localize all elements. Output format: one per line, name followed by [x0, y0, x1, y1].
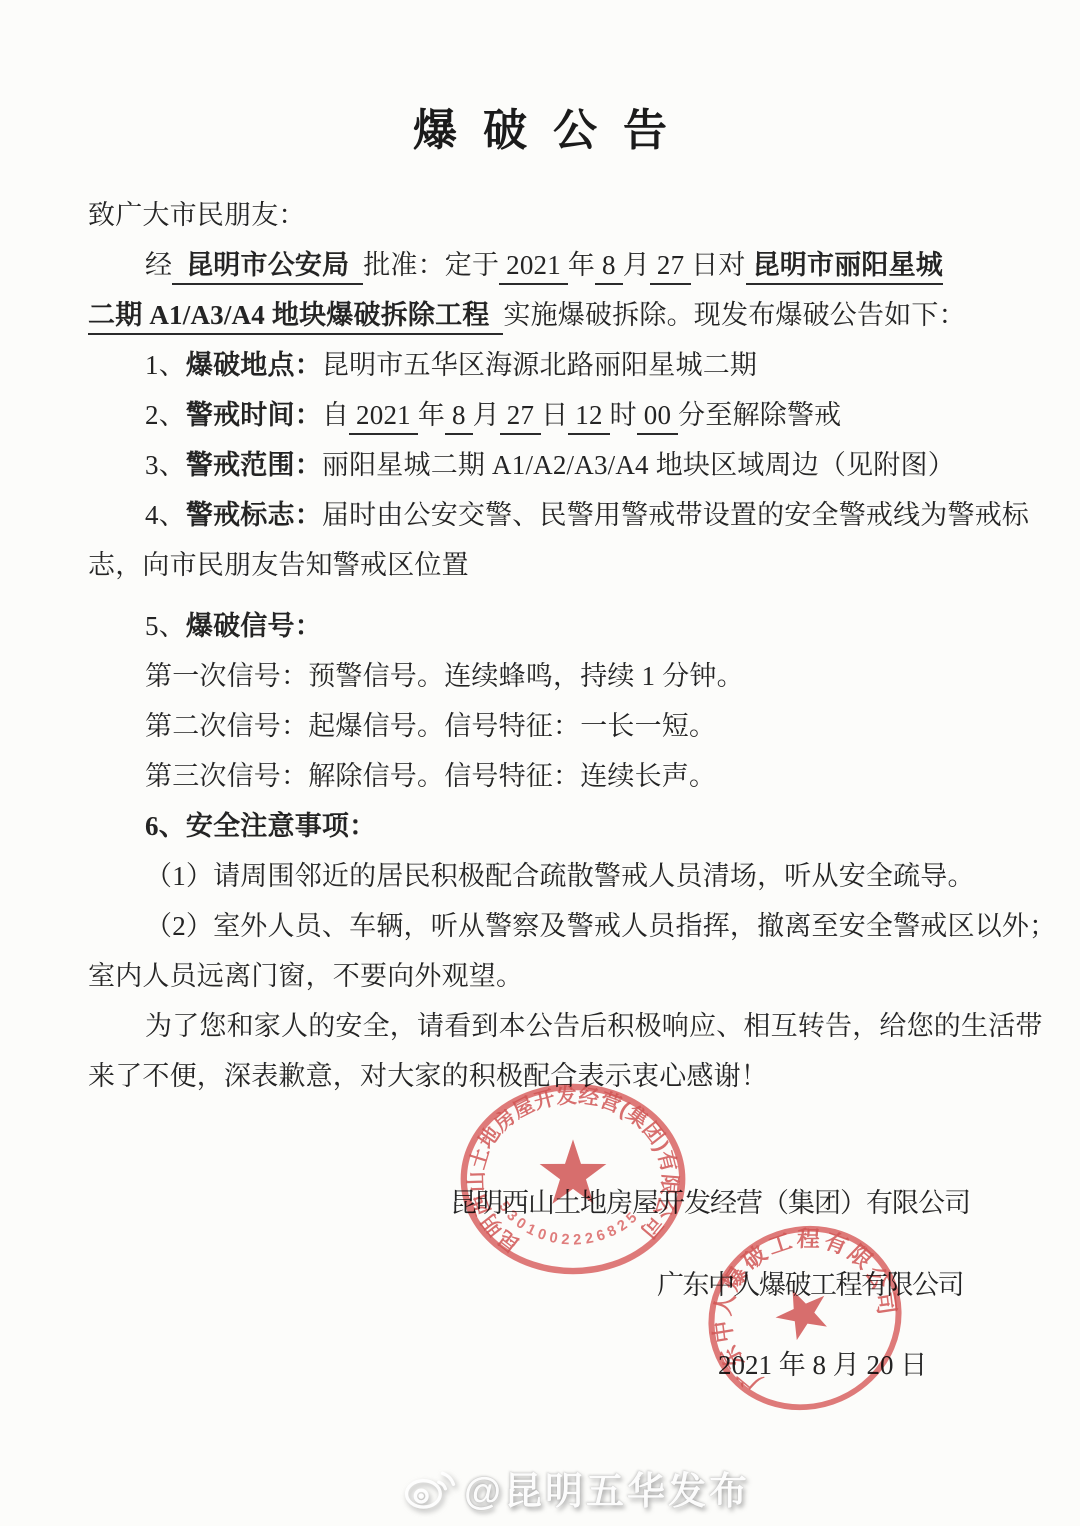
text-segment: 经	[145, 250, 172, 280]
text-segment: 1、	[145, 350, 186, 380]
text-segment: 志，向市民朋友告知警戒区位置	[88, 550, 469, 580]
signal-3: 第三次信号：解除信号。信号特征：连续长声。	[88, 751, 1004, 801]
text-segment: 时	[610, 400, 637, 430]
text-segment: 月	[473, 400, 500, 430]
text-segment: 5、	[145, 611, 186, 641]
text-segment: 月	[623, 250, 650, 280]
text-segment: 爆破信号：	[186, 611, 322, 641]
text-segment: 二期 A1/A3/A4 地块爆破拆除工程	[88, 300, 503, 335]
item-5-blast-signals: 5、爆破信号：	[88, 601, 1004, 651]
text-segment: 分至解除警戒	[678, 400, 841, 430]
text-segment: 爆破地点：	[186, 350, 322, 380]
text-segment: 自	[322, 400, 349, 430]
item-2-alert-time: 2、警戒时间：自 2021 年 8 月 27 日 12 时 00 分至解除警戒	[88, 390, 1004, 440]
text-segment: 27	[500, 400, 541, 435]
blasting-notice-document: 爆破公告 致广大市民朋友：经 昆明市公安局 批准：定于 2021 年 8 月 2…	[0, 0, 1080, 1526]
item-4-alert-sign-line-2: 志，向市民朋友告知警戒区位置	[88, 540, 1004, 590]
text-segment: （1）请周围邻近的居民积极配合疏散警戒人员清场，听从安全疏导。	[145, 861, 975, 891]
company-seal-kunming-xishan: 昆明西山土地房屋开发经营(集团)有限公司 5301002226825	[456, 1080, 690, 1278]
text-segment: 安全注意事项：	[186, 811, 376, 841]
signal-1: 第一次信号：预警信号。连续蜂鸣，持续 1 分钟。	[88, 651, 1004, 701]
note-2-line-2: 室内人员远离门窗，不要向外观望。	[88, 951, 1004, 1001]
item-4-alert-sign-line-1: 4、警戒标志：届时由公安交警、民警用警戒带设置的安全警戒线为警戒标	[88, 490, 1004, 540]
item-6-safety-notes: 6、安全注意事项：	[88, 801, 1004, 851]
company-seal-guangdong-zhongren: 广东中人爆破工程有限公司	[672, 1188, 938, 1447]
text-segment: 批准：定于	[363, 250, 499, 280]
text-segment: 8	[595, 250, 623, 285]
star-icon	[768, 1279, 836, 1344]
intro-line-1: 经 昆明市公安局 批准：定于 2021 年 8 月 27 日对 昆明市丽阳星城	[88, 240, 1004, 290]
weibo-watermark: @昆明五华发布	[404, 1460, 750, 1515]
text-segment: 届时由公安交警、民警用警戒带设置的安全警戒线为警戒标	[322, 500, 1029, 530]
text-segment: 6、	[145, 811, 186, 841]
text-segment: 昆明市丽阳星城	[746, 250, 943, 285]
text-segment: 警戒范围：	[186, 450, 322, 480]
text-segment: 室内人员远离门窗，不要向外观望。	[88, 961, 523, 991]
item-1-blast-location: 1、爆破地点：昆明市五华区海源北路丽阳星城二期	[88, 340, 1004, 390]
salutation: 致广大市民朋友：	[88, 190, 1004, 240]
text-segment: 3、	[145, 450, 186, 480]
text-segment: 8	[445, 400, 473, 435]
text-segment: （2）室外人员、车辆，听从警察及警戒人员指挥，撤离至安全警戒区以外；	[145, 911, 1056, 941]
note-1: （1）请周围邻近的居民积极配合疏散警戒人员清场，听从安全疏导。	[88, 851, 1004, 901]
watermark-text: @昆明五华发布	[464, 1460, 750, 1515]
text-segment: 年	[568, 250, 595, 280]
intro-line-2: 二期 A1/A3/A4 地块爆破拆除工程 实施爆破拆除。现发布爆破公告如下：	[88, 290, 1004, 340]
text-segment: 第三次信号：解除信号。信号特征：连续长声。	[145, 761, 716, 791]
note-2-line-1: （2）室外人员、车辆，听从警察及警戒人员指挥，撤离至安全警戒区以外；	[88, 901, 1004, 951]
text-segment: 年	[418, 400, 445, 430]
signal-2: 第二次信号：起爆信号。信号特征：一长一短。	[88, 701, 1004, 751]
text-segment: 丽阳星城二期 A1/A2/A3/A4 地块区域周边（见附图）	[322, 450, 955, 480]
page-title: 爆破公告	[0, 94, 1080, 158]
closing-line-1: 为了您和家人的安全，请看到本公告后积极响应、相互转告，给您的生活带	[88, 1001, 1004, 1051]
text-segment: 2021	[499, 250, 568, 285]
text-segment: 2、	[145, 400, 186, 430]
star-icon	[540, 1139, 607, 1203]
text-segment: 警戒时间：	[186, 400, 322, 430]
text-segment: 第一次信号：预警信号。连续蜂鸣，持续 1 分钟。	[145, 661, 744, 691]
text-segment: 实施爆破拆除。现发布爆破公告如下：	[503, 300, 965, 330]
text-segment: 2021	[349, 400, 418, 435]
document-body: 致广大市民朋友：经 昆明市公安局 批准：定于 2021 年 8 月 27 日对 …	[88, 190, 1004, 1101]
text-segment: 4、	[145, 500, 186, 530]
text-segment: 昆明市五华区海源北路丽阳星城二期	[322, 350, 757, 380]
text-segment: 为了您和家人的安全，请看到本公告后积极响应、相互转告，给您的生活带	[145, 1011, 1043, 1041]
text-segment: 00	[637, 400, 678, 435]
text-segment: 致广大市民朋友：	[88, 200, 306, 230]
text-segment: 昆明市公安局	[172, 250, 363, 285]
text-segment: 第二次信号：起爆信号。信号特征：一长一短。	[145, 711, 716, 741]
weibo-icon	[404, 1466, 456, 1510]
text-segment: 27	[650, 250, 691, 285]
text-segment: 日对	[691, 250, 745, 280]
text-segment: 日	[541, 400, 568, 430]
text-segment: 警戒标志：	[186, 500, 322, 530]
item-3-alert-range: 3、警戒范围：丽阳星城二期 A1/A2/A3/A4 地块区域周边（见附图）	[88, 440, 1004, 490]
text-segment: 12	[568, 400, 609, 435]
